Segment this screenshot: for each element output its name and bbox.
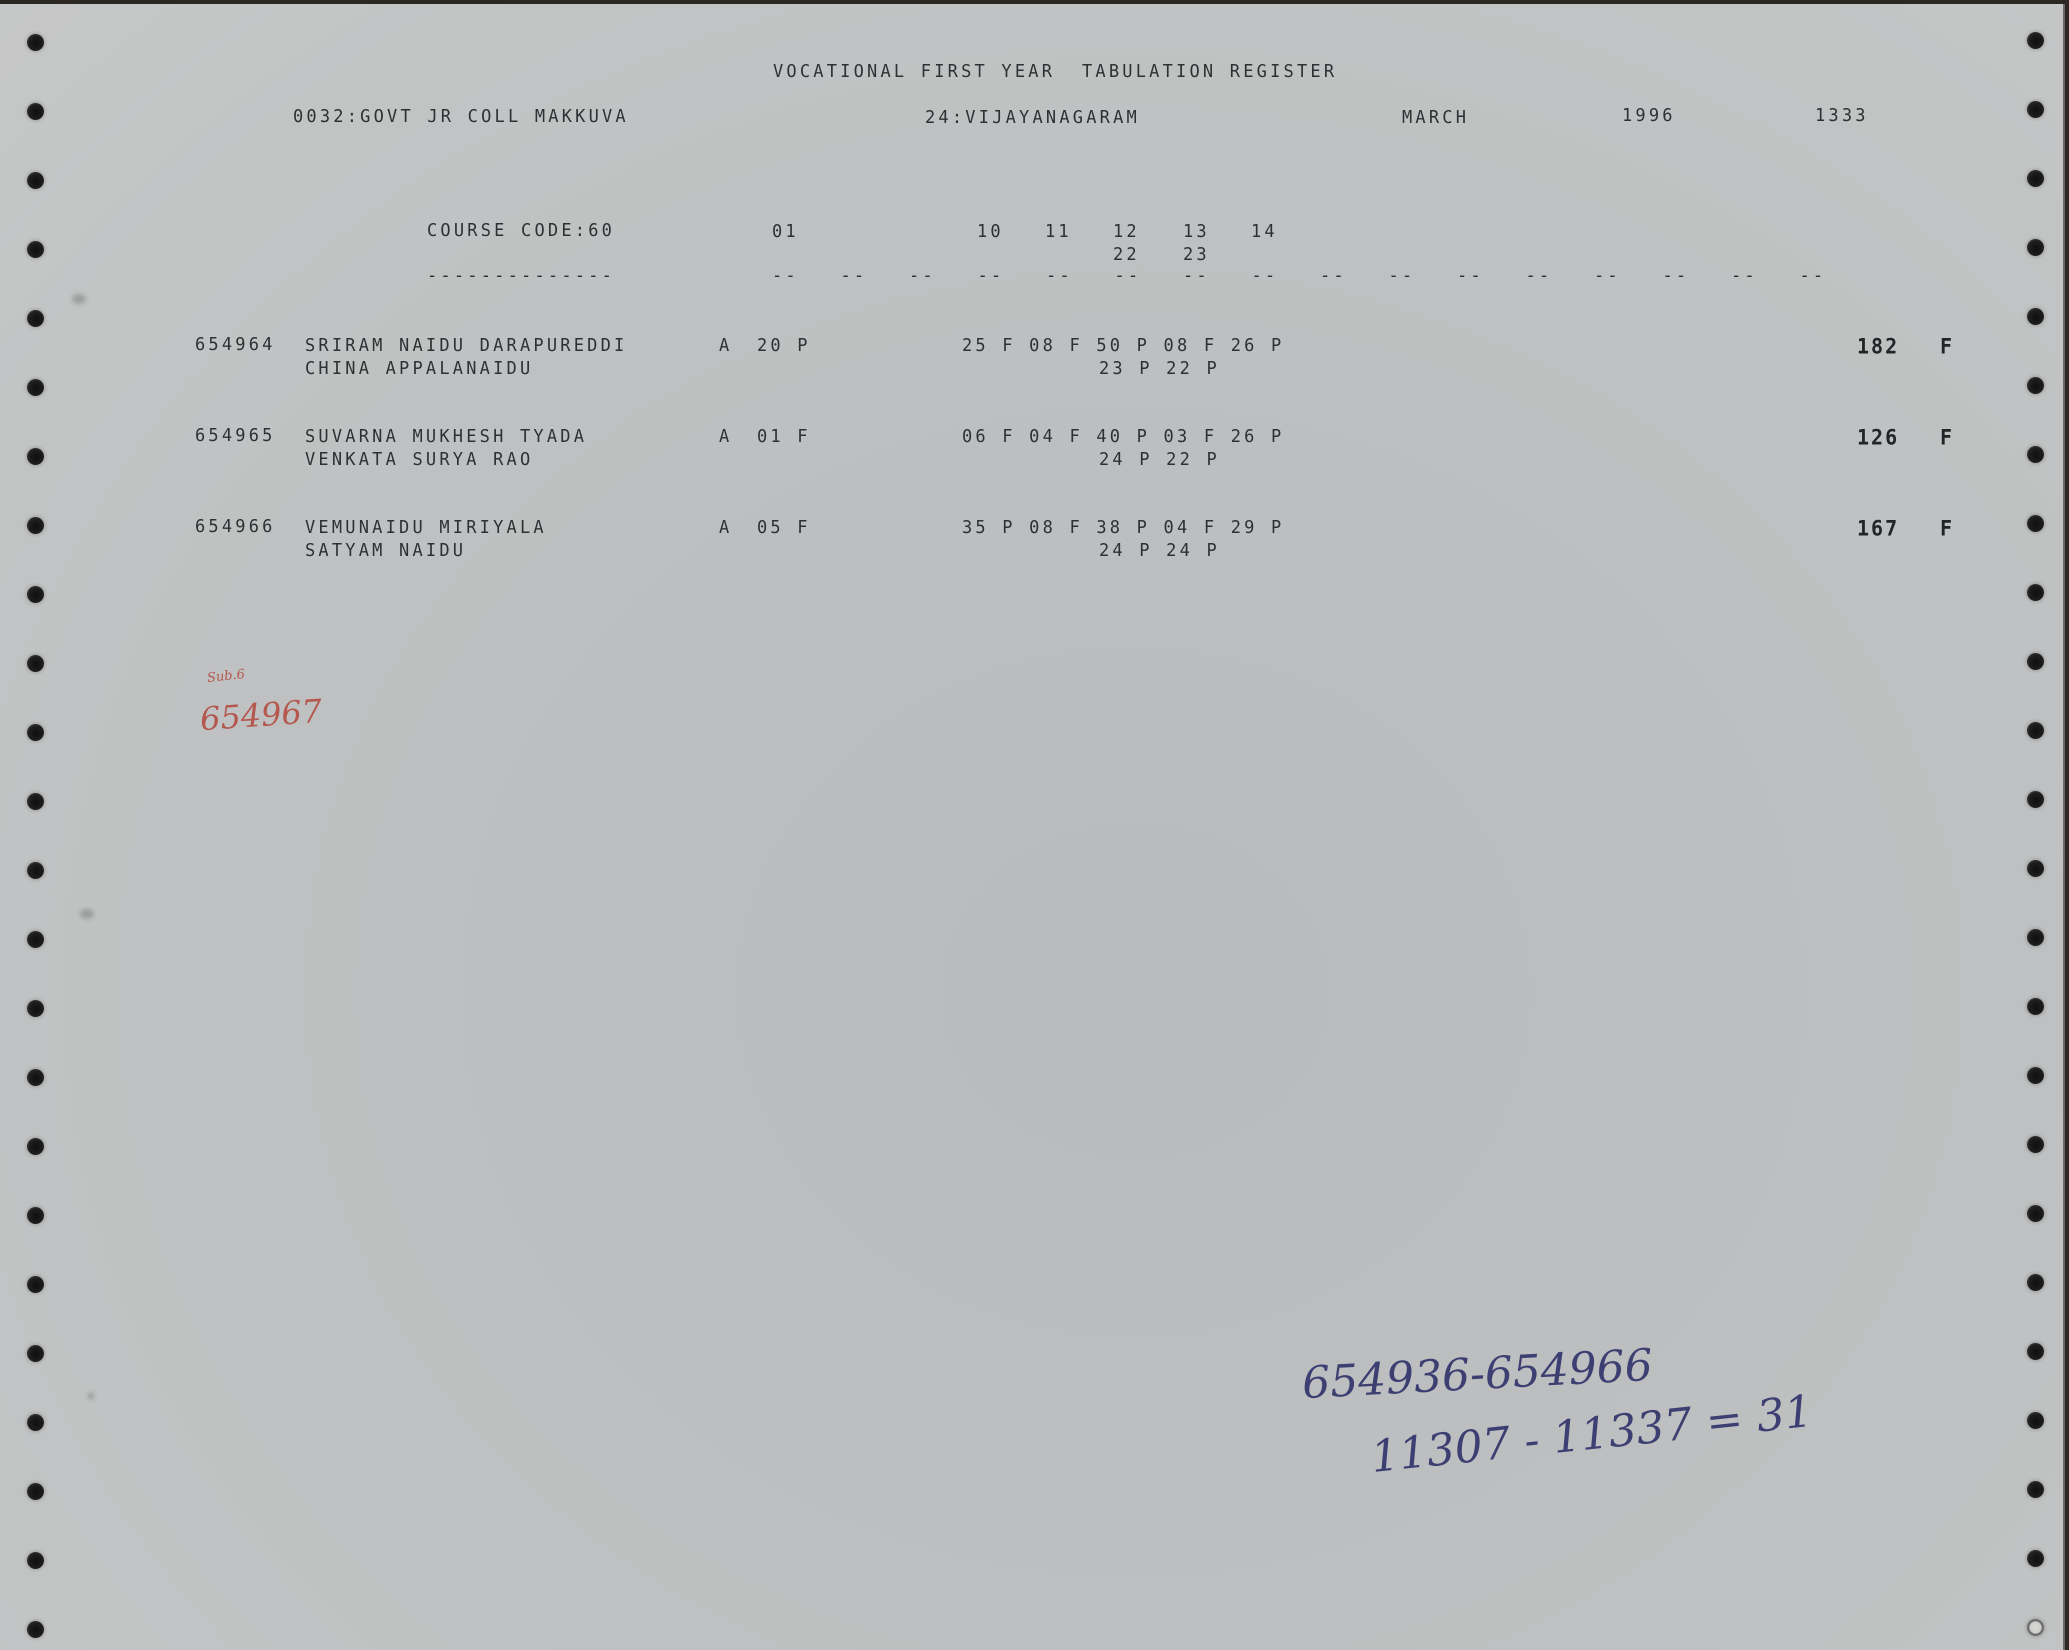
column-separator: -- [1663, 266, 1690, 287]
sprocket-hole-icon [2027, 308, 2044, 325]
part-label: A [719, 336, 732, 357]
part-label: A [719, 427, 732, 448]
student-name: SUVARNA MUKHESH TYADA [305, 427, 587, 448]
roll-number: 654965 [195, 426, 276, 447]
institution-name: 0032:GOVT JR COLL MAKKUVA [293, 107, 629, 128]
sprocket-hole-icon [2027, 1619, 2044, 1636]
subject-code: 01 [772, 222, 799, 243]
sprocket-hole-icon [2027, 32, 2044, 49]
sprocket-hole-icon [2027, 377, 2044, 394]
sprocket-hole-icon [2027, 515, 2044, 532]
sprocket-hole-icon [2027, 239, 2044, 256]
column-separator: -- [1389, 266, 1416, 287]
sprocket-hole-icon [2027, 860, 2044, 877]
sprocket-hole-icon [27, 172, 44, 189]
sprocket-hole-icon [2027, 1274, 2044, 1291]
column-separator: -- [1800, 266, 1827, 287]
sprocket-hole-icon [2027, 446, 2044, 463]
sprocket-hole-icon [27, 379, 44, 396]
sprocket-hole-icon [2027, 1343, 2044, 1360]
sprocket-hole-icon [2027, 722, 2044, 739]
sprocket-hole-icon [27, 1414, 44, 1431]
sprocket-hole-icon [2027, 1550, 2044, 1567]
sprocket-hole-icon [27, 310, 44, 327]
sprocket-hole-icon [27, 1276, 44, 1293]
column-separator: -- [1457, 266, 1484, 287]
roll-number: 654964 [195, 335, 276, 356]
subject-marks-line2: 23 P 22 P [1099, 359, 1220, 380]
sprocket-hole-icon [27, 1069, 44, 1086]
sprocket-hole-icon [27, 1345, 44, 1362]
subject-code: 11 [1045, 222, 1072, 243]
subject-code: 12 [1113, 222, 1140, 243]
sprocket-hole-icon [27, 724, 44, 741]
handwritten-next-roll-number: 654967 [199, 692, 324, 738]
part-label: A [719, 518, 732, 539]
result: F [1940, 424, 1954, 449]
subject-marks-line1: 35 P 08 F 38 P 04 F 29 P [962, 518, 1284, 539]
sprocket-hole-icon [2027, 998, 2044, 1015]
sprocket-hole-icon [27, 655, 44, 672]
total-marks: 182 [1857, 333, 1899, 358]
subject-marks-line1: 06 F 04 F 40 P 03 F 26 P [962, 427, 1284, 448]
tabulation-register-sheet: VOCATIONAL FIRST YEAR TABULATION REGISTE… [0, 4, 2065, 1650]
subject-marks-line2: 24 P 22 P [1099, 450, 1220, 471]
part-marks: 01 F [757, 427, 811, 448]
sprocket-hole-icon [27, 586, 44, 603]
sprocket-hole-icon [27, 241, 44, 258]
exam-month: MARCH [1402, 108, 1469, 129]
subject-marks-line2: 24 P 24 P [1099, 541, 1220, 562]
sprocket-hole-icon [27, 1000, 44, 1017]
paper-mark [72, 294, 86, 304]
handwritten-roll-range: 654936-654966 [1301, 1340, 1654, 1409]
sprocket-hole-icon [27, 1207, 44, 1224]
sprocket-hole-icon [27, 931, 44, 948]
total-marks: 126 [1857, 424, 1899, 449]
parent-name: VENKATA SURYA RAO [305, 450, 533, 471]
column-separator: -- [772, 266, 799, 287]
sprocket-hole-icon [27, 34, 44, 51]
sprocket-hole-icon [2027, 653, 2044, 670]
column-separator: -- [1526, 266, 1553, 287]
sprocket-hole-icon [2027, 101, 2044, 118]
sprocket-hole-icon [27, 1552, 44, 1569]
column-separator: -- [1183, 266, 1210, 287]
sprocket-hole-icon [27, 793, 44, 810]
subject-code: 22 [1113, 245, 1140, 266]
sprocket-hole-icon [2027, 1067, 2044, 1084]
course-code-underline: -------------- [427, 266, 615, 287]
paper-mark [80, 909, 94, 919]
column-separator: -- [1594, 266, 1621, 287]
subject-marks-line1: 25 F 08 F 50 P 08 F 26 P [962, 336, 1284, 357]
course-code-label: COURSE CODE:60 [427, 221, 615, 242]
parent-name: CHINA APPALANAIDU [305, 359, 533, 380]
sprocket-hole-icon [2027, 1412, 2044, 1429]
sprocket-hole-icon [2027, 1481, 2044, 1498]
subject-code: 14 [1251, 222, 1278, 243]
total-marks: 167 [1857, 515, 1899, 540]
parent-name: SATYAM NAIDU [305, 541, 466, 562]
handwritten-subject-note: Sub.6 [206, 667, 245, 686]
student-name: VEMUNAIDU MIRIYALA [305, 518, 547, 539]
sprocket-hole-icon [27, 1483, 44, 1500]
sprocket-hole-icon [2027, 1205, 2044, 1222]
column-separator: -- [1731, 266, 1758, 287]
exam-year: 1996 [1622, 106, 1676, 127]
sprocket-hole-icon [27, 862, 44, 879]
sprocket-hole-icon [27, 1138, 44, 1155]
column-separator: -- [1115, 266, 1142, 287]
part-marks: 05 F [757, 518, 811, 539]
sprocket-hole-icon [27, 1621, 44, 1638]
subject-code: 23 [1183, 245, 1210, 266]
column-separator: -- [1252, 266, 1279, 287]
result: F [1940, 515, 1954, 540]
paper-mark [88, 1392, 94, 1400]
column-separator: -- [1320, 266, 1347, 287]
column-separator: -- [978, 266, 1005, 287]
district-name: 24:VIJAYANAGARAM [925, 108, 1140, 129]
sprocket-hole-icon [2027, 791, 2044, 808]
sprocket-hole-icon [27, 103, 44, 120]
column-separator: -- [841, 266, 868, 287]
report-title: VOCATIONAL FIRST YEAR TABULATION REGISTE… [773, 62, 1337, 83]
sprocket-hole-icon [27, 517, 44, 534]
roll-number: 654966 [195, 517, 276, 538]
page-number: 1333 [1815, 106, 1869, 127]
part-marks: 20 P [757, 336, 811, 357]
subject-code: 10 [977, 222, 1004, 243]
column-separator: -- [909, 266, 936, 287]
sprocket-hole-icon [2027, 1136, 2044, 1153]
sprocket-hole-icon [2027, 170, 2044, 187]
sprocket-hole-icon [2027, 584, 2044, 601]
sprocket-hole-icon [2027, 929, 2044, 946]
column-separator: -- [1046, 266, 1073, 287]
subject-code: 13 [1183, 222, 1210, 243]
result: F [1940, 333, 1954, 358]
sprocket-hole-icon [27, 448, 44, 465]
student-name: SRIRAM NAIDU DARAPUREDDI [305, 336, 627, 357]
